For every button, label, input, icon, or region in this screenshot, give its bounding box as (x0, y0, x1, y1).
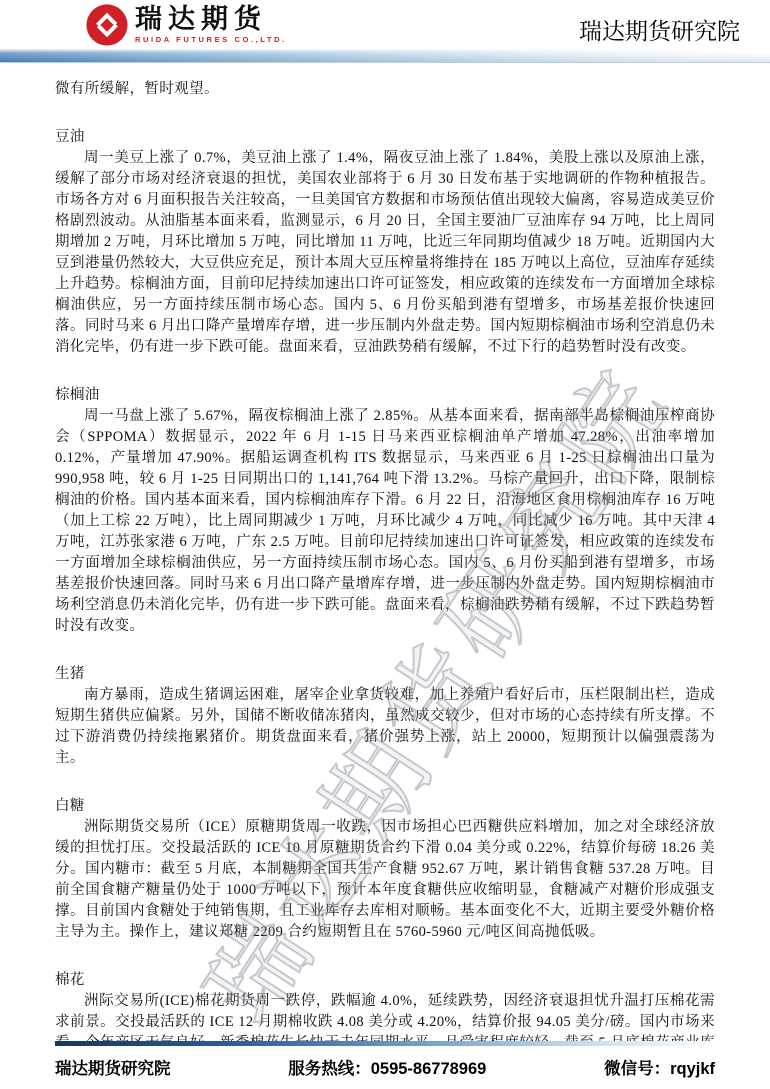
brand: 瑞达期货 RUIDA FUTURES CO.,LTD. (85, 3, 287, 47)
header-title: 瑞达期货研究院 (579, 13, 740, 47)
section-paragraph: 洲际期货交易所（ICE）原糖期货周一收跌，因市场担心巴西糖供应料增加，加之对全球… (55, 817, 715, 943)
intro-paragraph: 微有所缓解，暂时观望。 (55, 79, 715, 100)
brand-text: 瑞达期货 RUIDA FUTURES CO.,LTD. (135, 6, 287, 44)
section-heading: 生猪 (55, 664, 715, 685)
page-footer: 瑞达期货研究院 服务热线：0595-86778969 微信号：rqyjkf (55, 1041, 715, 1079)
ruida-logo-icon (85, 3, 129, 47)
footer-hotline-number: 0595-86778969 (371, 1060, 487, 1078)
footer-wechat-label: 微信号： (604, 1060, 670, 1078)
page-header: 瑞达期货 RUIDA FUTURES CO.,LTD. 瑞达期货研究院 (0, 0, 770, 49)
section-heading: 棉花 (55, 970, 715, 991)
footer-hotline: 服务热线：0595-86778969 (288, 1055, 486, 1079)
report-body: 微有所缓解，暂时观望。 豆油 周一美豆上涨了 0.7%，美豆油上涨了 1.4%，… (0, 63, 770, 1075)
section-palm-oil: 棕榈油 周一马盘上涨了 5.67%，隔夜棕榈油上涨了 2.85%。从基本面来看，… (55, 385, 715, 637)
footer-wechat: 微信号：rqyjkf (604, 1055, 715, 1079)
section-paragraph: 周一马盘上涨了 5.67%，隔夜棕榈油上涨了 2.85%。从基本面来看，据南部半… (55, 406, 715, 637)
section-paragraph: 周一美豆上涨了 0.7%，美豆油上涨了 1.4%，隔夜豆油上涨了 1.84%，美… (55, 148, 715, 358)
footer-hotline-label: 服务热线： (288, 1060, 371, 1078)
footer-row: 瑞达期货研究院 服务热线：0595-86778969 微信号：rqyjkf (55, 1055, 715, 1079)
section-live-hogs: 生猪 南方暴雨，造成生猪调运困难，屠宰企业拿货较难，加上养殖户看好后市，压栏限制… (55, 664, 715, 769)
brand-name-en: RUIDA FUTURES CO.,LTD. (135, 36, 287, 44)
footer-divider-bar (55, 1041, 715, 1046)
report-page: 瑞达期货 RUIDA FUTURES CO.,LTD. 瑞达期货研究院 微有所缓… (0, 0, 770, 1089)
footer-org: 瑞达期货研究院 (55, 1055, 171, 1079)
section-heading: 白糖 (55, 796, 715, 817)
header-divider-bar (0, 49, 770, 63)
section-heading: 豆油 (55, 127, 715, 148)
footer-wechat-id: rqyjkf (670, 1060, 715, 1078)
section-paragraph: 南方暴雨，造成生猪调运困难，屠宰企业拿货较难，加上养殖户看好后市，压栏限制出栏，… (55, 685, 715, 769)
section-heading: 棕榈油 (55, 385, 715, 406)
brand-name-cn: 瑞达期货 (135, 6, 287, 33)
section-white-sugar: 白糖 洲际期货交易所（ICE）原糖期货周一收跌，因市场担心巴西糖供应料增加，加之… (55, 796, 715, 943)
section-soybean-oil: 豆油 周一美豆上涨了 0.7%，美豆油上涨了 1.4%，隔夜豆油上涨了 1.84… (55, 127, 715, 358)
